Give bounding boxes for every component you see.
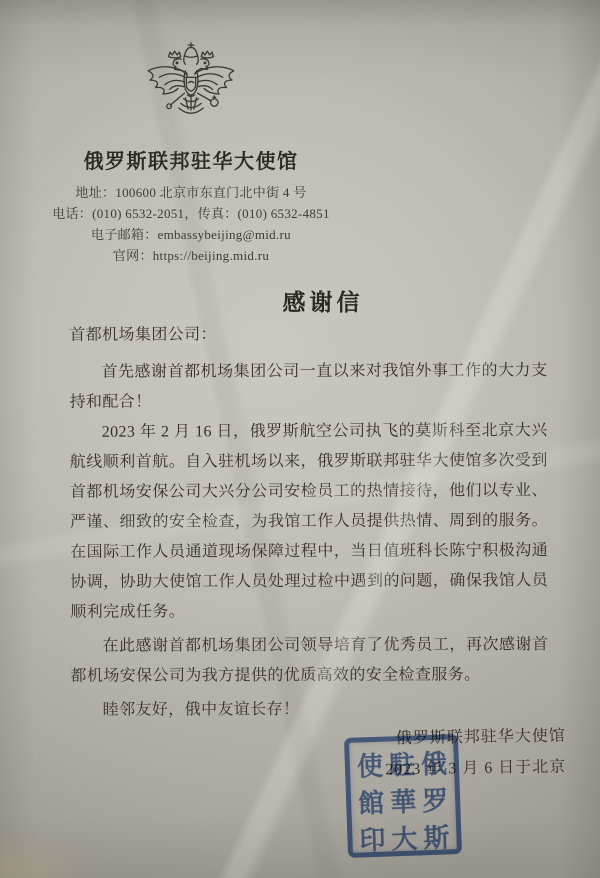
letter-paper: 俄罗斯联邦驻华大使馆 地址：100600 北京市东直门北中街 4 号 电话：(0… [0, 0, 600, 878]
stamp-character: 俄 [417, 743, 450, 781]
paragraph: 首先感谢首都机场集团公司一直以来对我馆外事工作的大力支持和配合！ [69, 356, 547, 418]
stamp-character: 大 [388, 818, 421, 856]
letter-title: 感谢信 [0, 284, 600, 317]
embassy-seal-stamp: 使 駐 俄 館 華 罗 印 大 斯 [344, 734, 462, 858]
contact-website: 官网：https://beijing.mid.ru [0, 245, 382, 266]
contact-block: 地址：100600 北京市东直门北中街 4 号 电话：(010) 6532-20… [0, 182, 382, 266]
stamp-character: 罗 [419, 780, 452, 818]
stamp-character: 使 [353, 746, 386, 784]
embassy-letterhead: 俄罗斯联邦驻华大使馆 地址：100600 北京市东直门北中街 4 号 电话：(0… [0, 40, 382, 266]
contact-email: 电子邮箱：embassybeijing@mid.ru [0, 224, 382, 245]
stamp-character: 華 [387, 781, 420, 819]
stamp-character: 駐 [385, 744, 418, 782]
paragraph: 在此感谢首都机场集团公司领导培育了优秀员工，再次感谢首都机场安保公司为我方提供的… [70, 630, 548, 692]
stamp-character: 印 [356, 820, 389, 858]
contact-phone-fax: 电话：(010) 6532-2051，传真：(010) 6532-4851 [0, 203, 382, 224]
stamp-character: 館 [355, 783, 388, 821]
embassy-name: 俄罗斯联邦驻华大使馆 [0, 145, 382, 174]
contact-address: 地址：100600 北京市东直门北中街 4 号 [0, 182, 382, 203]
salutation: 首都机场集团公司： [69, 319, 547, 351]
letter-body: 首都机场集团公司： 首先感谢首都机场集团公司一直以来对我馆外事工作的大力支持和配… [69, 319, 548, 726]
stamp-character: 斯 [420, 817, 453, 855]
russian-double-headed-eagle-icon [135, 40, 247, 137]
paragraph: 2023 年 2 月 16 日，俄罗斯航空公司执飞的莫斯科至北京大兴航线顺利首航… [70, 416, 549, 628]
